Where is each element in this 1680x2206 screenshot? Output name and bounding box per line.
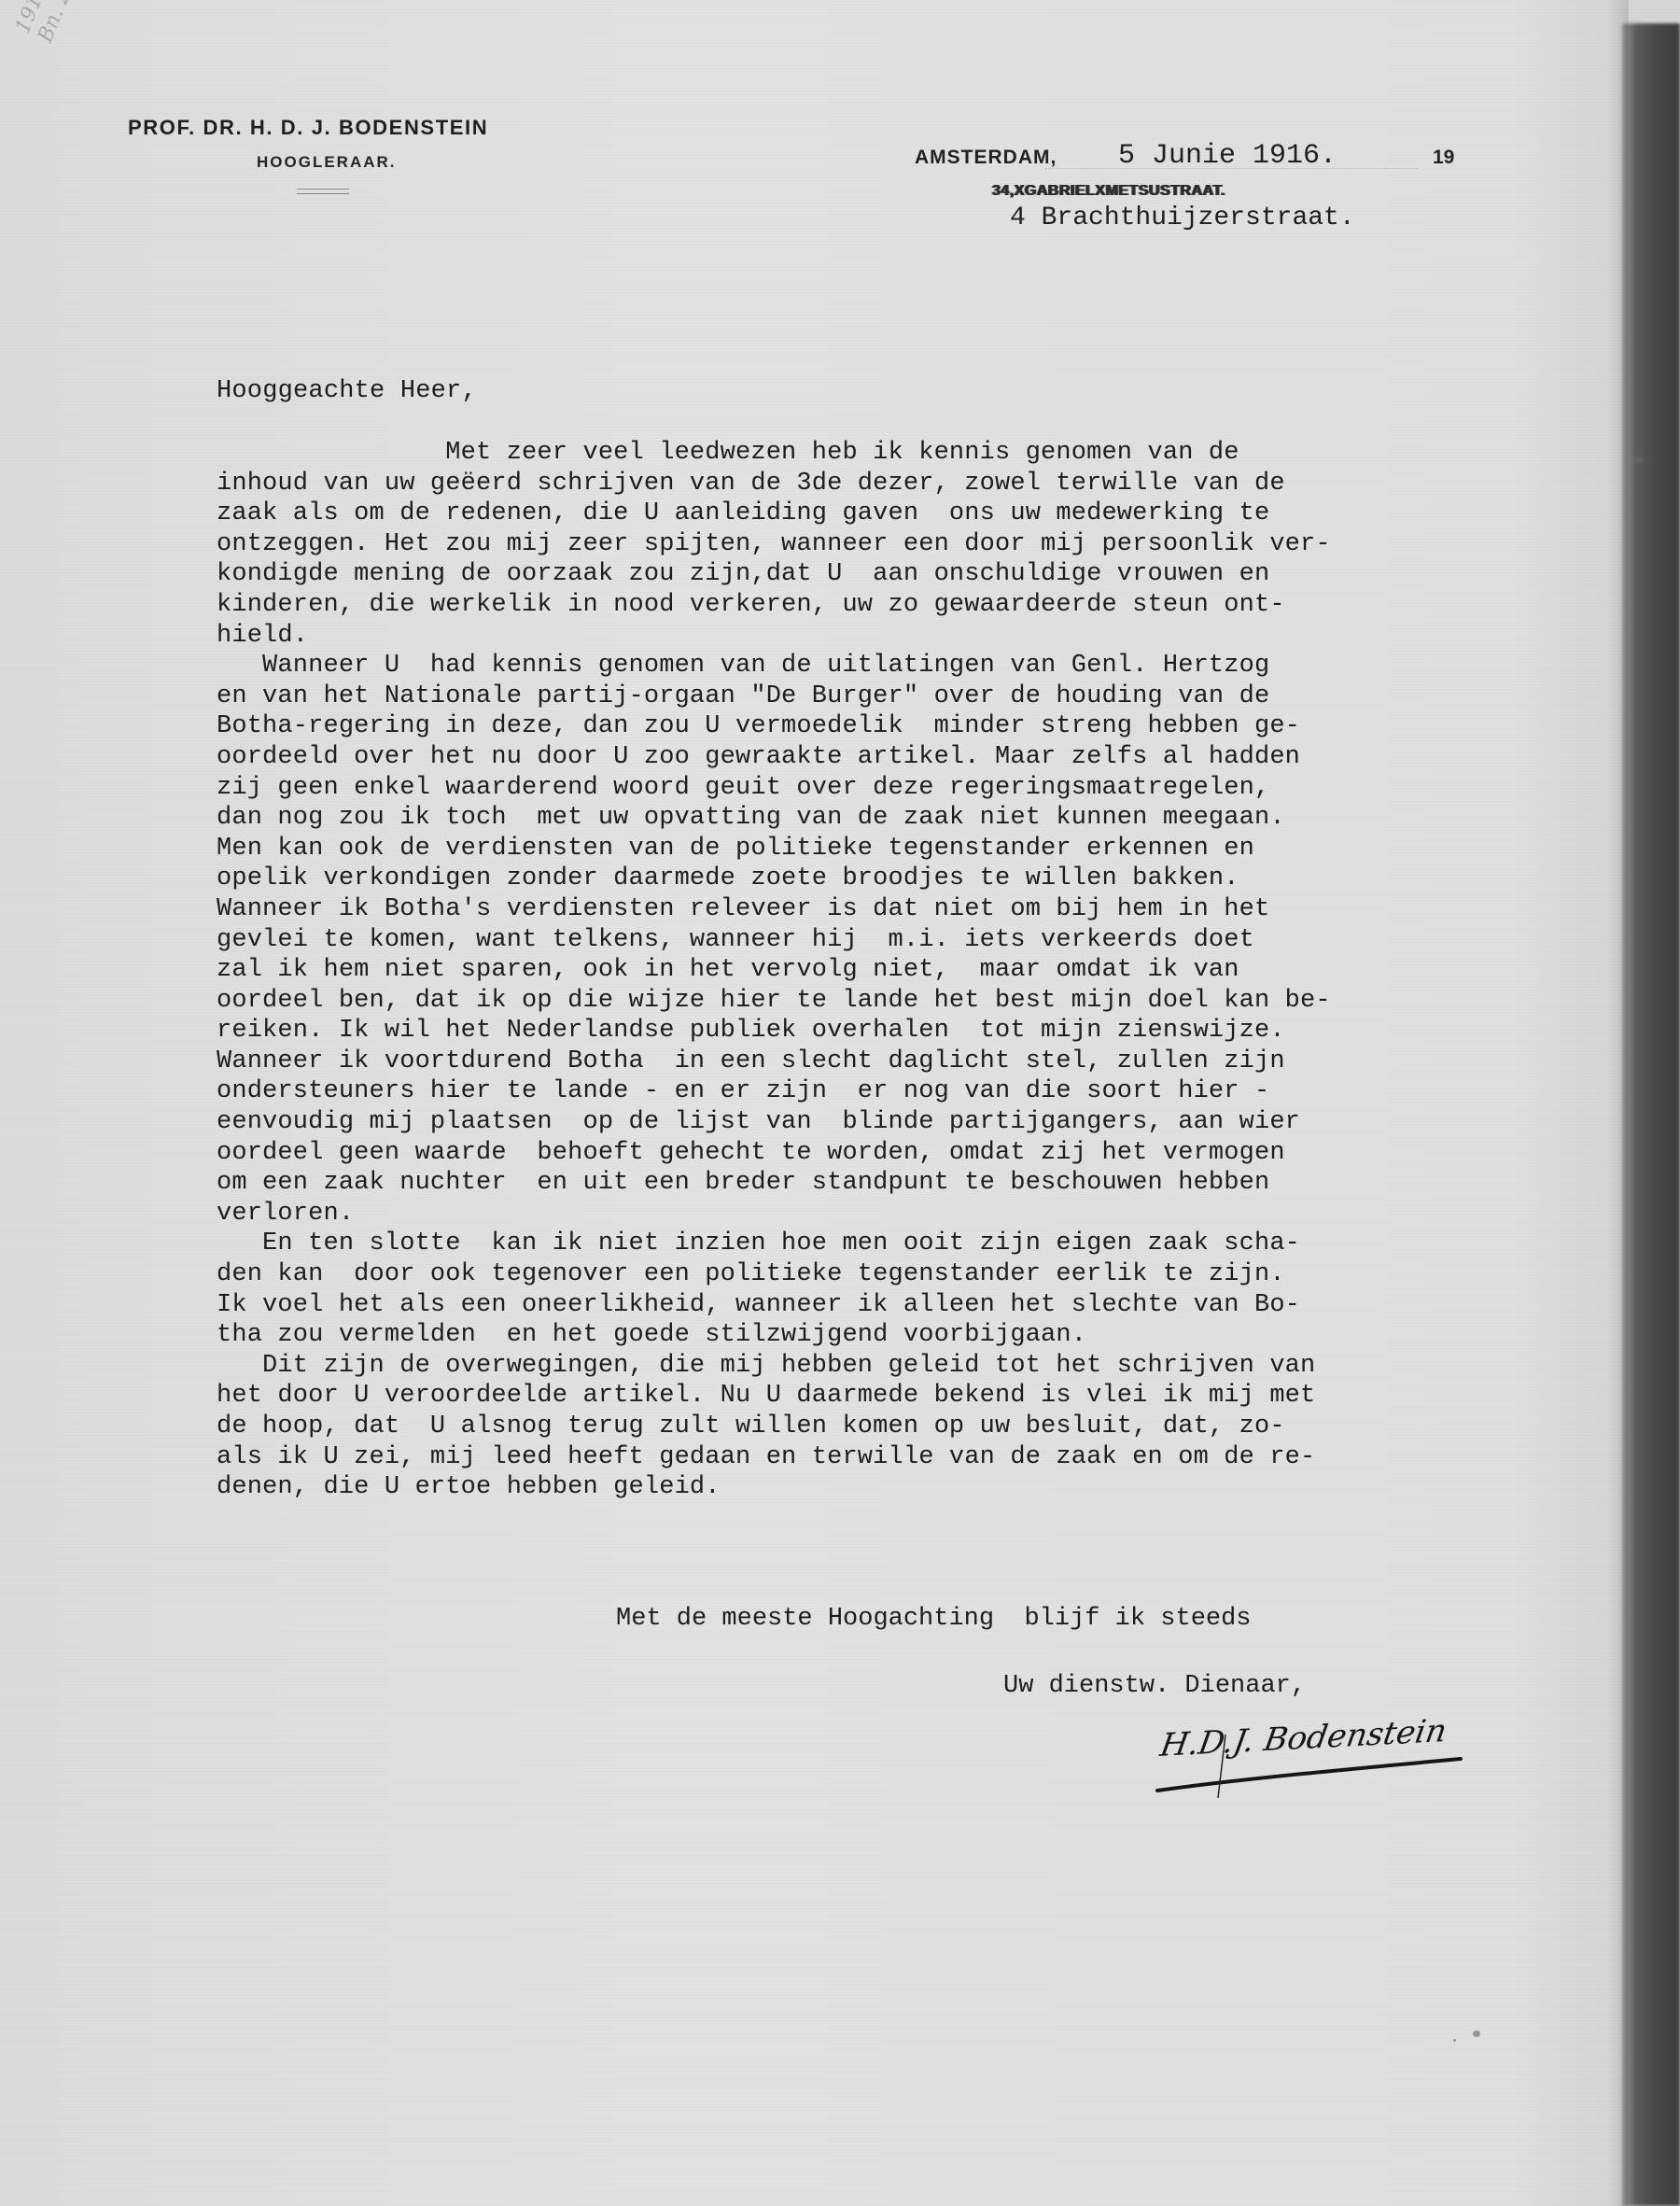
body-line: het door U veroordeelde artikel. Nu U da…	[217, 1381, 1617, 1412]
servant-line: Uw dienstw. Dienaar,	[1003, 1672, 1306, 1700]
body-line: zij geen enkel waarderend woord geuit ov…	[217, 773, 1617, 804]
signature: H.D.J. Bodenstein	[1153, 1716, 1470, 1800]
struck-through-address: 34,XGABRIELXMETSUSTRAAT.	[992, 183, 1225, 200]
body-line: dan nog zou ik toch met uw opvatting van…	[217, 803, 1617, 834]
body-line: gevlei te komen, want telkens, wanneer h…	[217, 925, 1617, 956]
body-line: kinderen, die werkelik in nood verkeren,…	[217, 590, 1617, 621]
body-line: zaak als om de redenen, die U aanleiding…	[217, 499, 1617, 529]
body-line: om een zaak nuchter en uit een breder st…	[217, 1168, 1617, 1199]
dateline-date: 5 Junie 1916.	[1118, 140, 1337, 172]
body-line: oordeeld over het nu door U zoo gewraakt…	[217, 742, 1617, 773]
body-line: zal ik hem niet sparen, ook in het vervo…	[217, 955, 1617, 986]
body-line: Botha-regering in deze, dan zou U vermoe…	[217, 711, 1617, 742]
body-line: ontzeggen. Het zou mij zeer spijten, wan…	[217, 529, 1617, 560]
body-line: kondigde mening de oorzaak zou zijn,dat …	[217, 559, 1617, 590]
letterhead-name: PROF. DR. H. D. J. BODENSTEIN	[128, 116, 488, 140]
dateline-year-prefix: 19	[1433, 147, 1454, 169]
letter-body: Met zeer veel leedwezen heb ik kennis ge…	[217, 438, 1617, 1503]
scan-edge-strip	[1622, 23, 1680, 2206]
body-line: Ik voel het als een oneerlikheid, wannee…	[217, 1290, 1617, 1321]
letterhead-divider	[297, 189, 349, 194]
body-line: reiken. Ik wil het Nederlandse publiek o…	[217, 1016, 1617, 1047]
body-line: inhoud van uw geëerd schrijven van de 3d…	[217, 469, 1617, 499]
dateline-place: AMSTERDAM,	[915, 147, 1057, 169]
body-line: Met zeer veel leedwezen heb ik kennis ge…	[217, 438, 1617, 469]
body-line: verloren.	[217, 1199, 1617, 1229]
body-line: de hoop, dat U alsnog terug zult willen …	[217, 1412, 1617, 1442]
body-line: Wanneer ik Botha's verdiensten releveer …	[217, 894, 1617, 925]
ink-blot	[1473, 2030, 1480, 2037]
body-line: oordeel geen waarde behoeft gehecht te w…	[217, 1138, 1617, 1169]
salutation: Hooggeachte Heer,	[217, 377, 477, 405]
body-line: eenvoudig mij plaatsen op de lijst van b…	[217, 1107, 1617, 1138]
body-line: Men kan ook de verdiensten van de politi…	[217, 834, 1617, 864]
ink-speck	[1453, 2039, 1456, 2042]
body-line: En ten slotte kan ik niet inzien hoe men…	[217, 1229, 1617, 1259]
body-line: denen, die U ertoe hebben geleid.	[217, 1472, 1617, 1503]
body-line: Wanneer ik voortdurend Botha in een slec…	[217, 1047, 1617, 1077]
body-line: opelik verkondigen zonder daarmede zoete…	[217, 864, 1617, 894]
body-line: oordeel ben, dat ik op die wijze hier te…	[217, 986, 1617, 1017]
body-line: den kan door ook tegenover een politieke…	[217, 1259, 1617, 1290]
body-line: ondersteuners hier te lande - en er zijn…	[217, 1076, 1617, 1107]
body-line: hield.	[217, 621, 1617, 652]
signature-underline	[1153, 1716, 1470, 1800]
body-line: als ik U zei, mij leed heeft gedaan en t…	[217, 1442, 1617, 1473]
body-line: Wanneer U had kennis genomen van de uitl…	[217, 651, 1617, 681]
typed-address: 4 Brachthuijzerstraat.	[1010, 204, 1355, 232]
body-line: Dit zijn de overwegingen, die mij hebben…	[217, 1351, 1617, 1382]
body-line: en van het Nationale partij-orgaan "De B…	[217, 681, 1617, 712]
closing-line: Met de meeste Hoogachting blijf ik steed…	[616, 1605, 1252, 1633]
letterhead-title: HOOGLERAAR.	[257, 153, 397, 172]
body-line: tha zou vermelden en het goede stilzwijg…	[217, 1320, 1617, 1351]
